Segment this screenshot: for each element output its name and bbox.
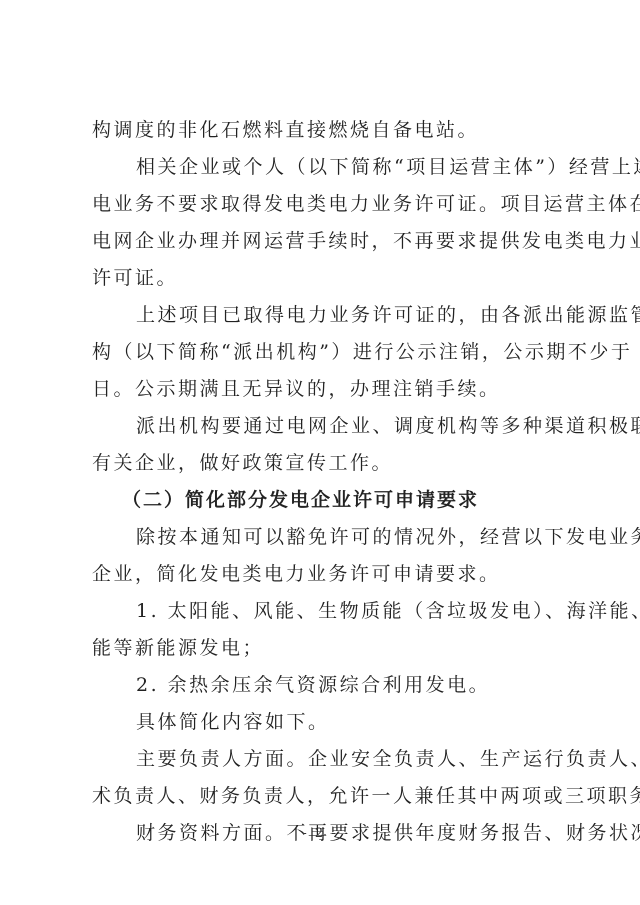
section-heading: （二）简化部分发电企业许可申请要求 <box>92 482 556 519</box>
paragraph-line: 除按本通知可以豁免许可的情况外，经营以下发电业务的 <box>92 519 556 556</box>
paragraph-line: 电业务不要求取得发电类电力业务许可证。项目运营主体在与 <box>92 186 556 223</box>
paragraph-line: 构调度的非化石燃料直接燃烧自备电站。 <box>92 112 556 149</box>
paragraph-line: 术负责人、财务负责人，允许一人兼任其中两项或三项职务。 <box>92 778 556 815</box>
list-item-line: 2. 余热余压余气资源综合利用发电。 <box>92 667 556 704</box>
paragraph-line: 日。公示期满且无异议的，办理注销手续。 <box>92 371 556 408</box>
paragraph-line: 许可证。 <box>92 260 556 297</box>
paragraph-line: 相关企业或个人（以下简称“项目运营主体”）经营上述发 <box>92 149 556 186</box>
paragraph-line: 企业，简化发电类电力业务许可申请要求。 <box>92 556 556 593</box>
paragraph-line: 电网企业办理并网运营手续时，不再要求提供发电类电力业务 <box>92 223 556 260</box>
paragraph-line: 主要负责人方面。企业安全负责人、生产运行负责人、技 <box>92 741 556 778</box>
paragraph-line: 上述项目已取得电力业务许可证的，由各派出能源监管机 <box>92 297 556 334</box>
document-page: 构调度的非化石燃料直接燃烧自备电站。 相关企业或个人（以下简称“项目运营主体”）… <box>0 0 640 905</box>
paragraph-line: 具体简化内容如下。 <box>92 704 556 741</box>
list-item-line: 1. 太阳能、风能、生物质能（含垃圾发电）、海洋能、地热 <box>92 593 556 630</box>
paragraph-line: 派出机构要通过电网企业、调度机构等多种渠道积极联系 <box>92 408 556 445</box>
page-number: - 2 - <box>0 826 640 841</box>
list-item-line: 能等新能源发电； <box>92 630 556 667</box>
paragraph-line: 构（以下简称“派出机构”）进行公示注销，公示期不少于 30 <box>92 334 556 371</box>
paragraph-line: 有关企业，做好政策宣传工作。 <box>92 445 556 482</box>
document-body: 构调度的非化石燃料直接燃烧自备电站。 相关企业或个人（以下简称“项目运营主体”）… <box>92 112 556 852</box>
